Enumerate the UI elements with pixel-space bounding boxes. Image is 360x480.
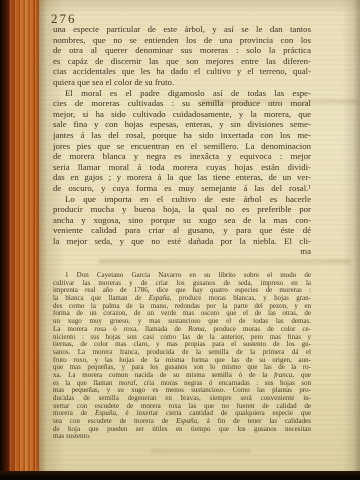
text-line: morera de España, é inxertar cierta cant… [53,410,311,418]
text-line: jores pies que se encuentran en el semil… [53,141,311,152]
text-line: de oscuro, y cuya forma es muy semejante… [53,183,311,194]
text-line: forma de un corazon, de un verde mas osc… [53,310,311,318]
text-line: Lo que importa en el cultivo de este árb… [53,194,311,205]
scanned-book-photo: 276 una especie particular de este árbol… [0,0,360,480]
text-line: tiernas, de color mas claro, y mas propi… [53,341,311,349]
text-line: jantes á las del rosal, porque ha sido i… [53,130,311,141]
text-line: La morera rosa ó roxa, llamada de Roma, … [53,326,311,334]
text-line: sale fina y con hojas espesas, enteras, … [53,119,311,130]
text-line: xa. La morera comun nacida de su misma s… [53,372,311,380]
text-line: sea con escudete de morera de España, á … [53,418,311,426]
page-footnote: 1 Don Cayetano Garcia Navarro en su libr… [53,272,311,441]
text-line: ducidas de semilla degeneran en bravas, … [53,395,311,403]
text-line: das en gajos ; y morera á la que las tie… [53,172,311,183]
text-line: es la que llaman moral, cria moras negra… [53,380,311,388]
text-line: quiera que sea el color de su fruto. [53,77,311,88]
text-line: la blanca que llaman de España, produce … [53,295,311,303]
text-line: nombres, que no se entienden los de una … [53,35,311,46]
text-line: imprenta real año de 1786, dice que hay … [53,287,311,295]
show-through-ghost [99,259,351,264]
book-binding-strip [9,0,39,471]
text-line: producir mucha y buena hoja, la qual no … [53,204,311,215]
text-line: mejor, si ha sido cultivado cuidadosamen… [53,109,311,120]
page-body-text: una especie particular de este árbol, y … [53,24,311,257]
text-line: ma [53,246,311,257]
text-line: cultivar las moreras y de criar los gusa… [53,280,311,288]
text-line: un xugo muy grueso, y mas sustancioso qu… [53,318,311,326]
text-line: xertar con escudete de morera roxa las q… [53,403,311,411]
text-line: de morera blanca y negra es inexâcta y e… [53,151,311,162]
text-line: des como la palma de la mano, redondas p… [53,303,311,311]
text-line: niciento : sus hojas son casi como las d… [53,334,311,342]
text-line: que mas pequeñas, y para los gusanos son… [53,364,311,372]
text-line: de otra al querer denominar sus moreras … [53,45,311,56]
text-line: mas sustento. [53,433,311,441]
text-line: cies de moreras cultivadas : su semilla … [53,98,311,109]
text-line: ancha y xugosa, sino porque su xugo sea … [53,215,311,226]
text-line: mas pequeñas, y su xugo es menos sustanc… [53,387,311,395]
text-line: sanos. La morera franca, producida de la… [53,349,311,357]
text-line: de hoja que pueden ser útiles en tiempo … [53,426,311,434]
text-line: seria llamar moral á toda morera cuyas h… [53,162,311,173]
text-line: es capáz de discernir las que son mejore… [53,56,311,67]
show-through-ghost [151,449,251,453]
text-line: El moral es el padre digamoslo así de to… [53,88,311,99]
photo-left-edge [0,0,9,471]
text-line: veniente calidad para criar al gusano, y… [53,225,311,236]
text-line: cias accidentales que les ha dado el cul… [53,66,311,77]
text-line: la mejor seda, y que no esté dañada por … [53,236,311,247]
text-line: una especie particular de este árbol, y … [53,24,311,35]
text-line: 1 Don Cayetano Garcia Navarro en su libr… [53,272,311,280]
photo-bottom-edge [0,471,360,480]
text-line: fruto roxo, y las hojas de la misma form… [53,357,311,365]
